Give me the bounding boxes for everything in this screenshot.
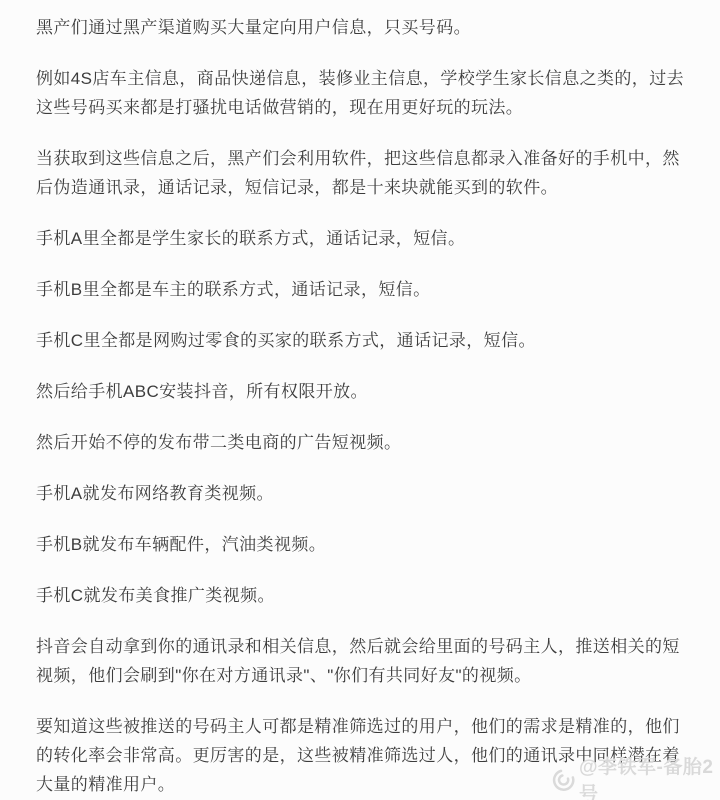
paragraph: 然后给手机ABC安装抖音，所有权限开放。 <box>36 377 694 406</box>
paragraph: 黑产们通过黑产渠道购买大量定向用户信息，只买号码。 <box>36 13 694 42</box>
paragraph: 当获取到这些信息之后，黑产们会利用软件，把这些信息都录入准备好的手机中，然 后伪… <box>36 144 694 202</box>
paragraph: 手机C里全都是网购过零食的买家的联系方式，通话记录，短信。 <box>36 326 694 355</box>
paragraph: 手机A就发布网络教育类视频。 <box>36 479 694 508</box>
paragraph: 抖音会自动拿到你的通讯录和相关信息，然后就会给里面的号码主人，推送相关的短 视频… <box>36 632 694 690</box>
paragraph: 手机B里全都是车主的联系方式，通话记录，短信。 <box>36 275 694 304</box>
paragraph: 例如4S店车主信息，商品快递信息，装修业主信息，学校学生家长信息之类的，过去 这… <box>36 64 694 122</box>
paragraph: 手机B就发布车辆配件，汽油类视频。 <box>36 530 694 559</box>
paragraph: 手机A里全都是学生家长的联系方式，通话记录，短信。 <box>36 224 694 253</box>
post-body: 黑产们通过黑产渠道购买大量定向用户信息，只买号码。 例如4S店车主信息，商品快递… <box>0 0 720 799</box>
paragraph: 手机C就发布美食推广类视频。 <box>36 581 694 610</box>
paragraph: 要知道这些被推送的号码主人可都是精准筛选过的用户，他们的需求是精准的，他们 的转… <box>36 712 694 799</box>
paragraph: 然后开始不停的发布带二类电商的广告短视频。 <box>36 428 694 457</box>
